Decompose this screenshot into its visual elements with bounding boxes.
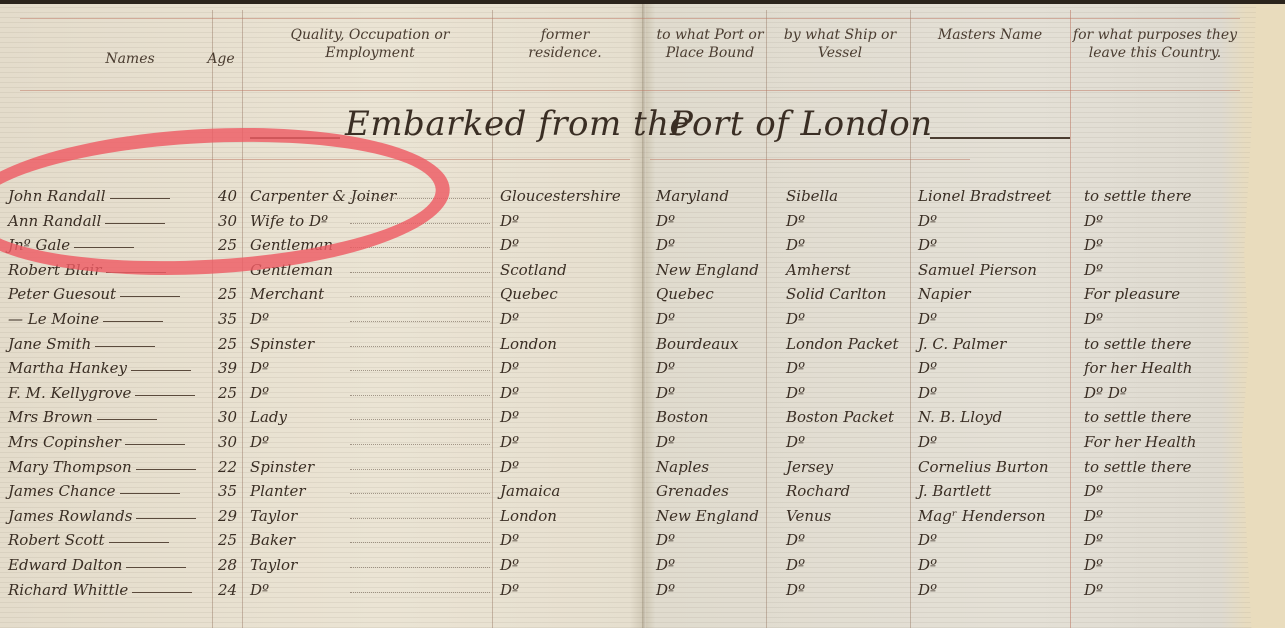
cell-destination: Bourdeaux: [656, 335, 738, 353]
table-row: James Chance 35 Planter Jamaica Grenades…: [0, 482, 1240, 504]
cell-residence: Dº: [500, 556, 519, 574]
cell-master: Dº: [918, 212, 937, 230]
cell-residence: Dº: [500, 359, 519, 377]
cell-master: Dº: [918, 236, 937, 254]
cell-master: J. Bartlett: [918, 482, 991, 500]
cell-occupation: Dº: [250, 581, 269, 599]
cell-residence: Jamaica: [500, 482, 560, 500]
cell-occupation: Wife to Dº: [250, 212, 328, 230]
cell-name: Robert Scott: [8, 531, 169, 549]
cell-residence: Dº: [500, 310, 519, 328]
cell-age: 35: [218, 310, 237, 328]
cell-name: Richard Whittle: [8, 581, 192, 599]
cell-occupation: Baker: [250, 531, 295, 549]
cell-residence: Gloucestershire: [500, 187, 621, 205]
page-edge: [1237, 4, 1285, 628]
cell-name: James Rowlands: [8, 507, 196, 525]
cell-residence: Scotland: [500, 261, 567, 279]
cell-destination: Dº: [656, 581, 675, 599]
dotted-leader: [350, 321, 490, 322]
cell-name: Ann Randall: [8, 212, 165, 230]
cell-master: Dº: [918, 359, 937, 377]
cell-destination: Dº: [656, 531, 675, 549]
cell-ship: Dº: [786, 384, 805, 402]
dotted-leader: [350, 592, 490, 593]
header-purpose: for what purposes they leave this Countr…: [1060, 26, 1250, 62]
table-row: John Randall 40 Carpenter & Joiner Glouc…: [0, 187, 1240, 209]
dotted-leader: [350, 469, 490, 470]
dotted-leader: [350, 370, 490, 371]
table-row: Robert Blair Gentleman Scotland New Engl…: [0, 261, 1240, 283]
cell-age: 25: [218, 285, 237, 303]
cell-age: 25: [218, 335, 237, 353]
header-residence: former residence.: [510, 26, 620, 62]
cell-purpose: For her Health: [1084, 433, 1196, 451]
cell-ship: Boston Packet: [786, 408, 894, 426]
header-destination: to what Port or Place Bound: [650, 26, 770, 62]
cell-age: 30: [218, 433, 237, 451]
cell-occupation: Merchant: [250, 285, 324, 303]
cell-purpose: Dº: [1084, 556, 1103, 574]
cell-residence: Dº: [500, 236, 519, 254]
cell-name: — Le Moine: [8, 310, 163, 328]
cell-destination: Dº: [656, 556, 675, 574]
cell-ship: Dº: [786, 310, 805, 328]
cell-occupation: Dº: [250, 310, 269, 328]
cell-age: 25: [218, 236, 237, 254]
cell-ship: Venus: [786, 507, 831, 525]
dotted-leader: [350, 518, 490, 519]
cell-name: Edward Dalton: [8, 556, 186, 574]
cell-name: Mrs Brown: [8, 408, 157, 426]
dotted-leader: [350, 419, 490, 420]
cell-ship: Dº: [786, 433, 805, 451]
table-row: Mrs Brown 30 Lady Dº Boston Boston Packe…: [0, 408, 1240, 430]
cell-residence: London: [500, 507, 557, 525]
table-row: Jnº Gale 25 Gentleman Dº Dº Dº Dº Dº: [0, 236, 1240, 258]
cell-age: 30: [218, 212, 237, 230]
table-row: Robert Scott 25 Baker Dº Dº Dº Dº Dº: [0, 531, 1240, 553]
cell-destination: Dº: [656, 212, 675, 230]
cell-destination: New England: [656, 261, 759, 279]
table-row: Mary Thompson 22 Spinster Dº Naples Jers…: [0, 458, 1240, 480]
dotted-leader: [350, 198, 490, 199]
cell-destination: Dº: [656, 236, 675, 254]
cell-destination: Naples: [656, 458, 709, 476]
cell-master: Dº: [918, 581, 937, 599]
cell-destination: Grenades: [656, 482, 729, 500]
cell-purpose: Dº: [1084, 310, 1103, 328]
cell-occupation: Spinster: [250, 335, 314, 353]
cell-residence: Dº: [500, 384, 519, 402]
cell-purpose: Dº: [1084, 507, 1103, 525]
cell-purpose: Dº: [1084, 581, 1103, 599]
cell-ship: Dº: [786, 236, 805, 254]
cell-name: Mrs Copinsher: [8, 433, 185, 451]
cell-master: N. B. Lloyd: [918, 408, 1002, 426]
title-underline: [30, 159, 630, 160]
cell-ship: Rochard: [786, 482, 850, 500]
cell-ship: Sibella: [786, 187, 838, 205]
dotted-leader: [350, 542, 490, 543]
cell-residence: London: [500, 335, 557, 353]
dotted-leader: [350, 272, 490, 273]
cell-ship: Jersey: [786, 458, 833, 476]
dotted-leader: [350, 493, 490, 494]
title-underline: [650, 159, 970, 160]
cell-purpose: Dº Dº: [1084, 384, 1127, 402]
cell-name: Robert Blair: [8, 261, 166, 279]
title-port: Port of London: [670, 104, 933, 144]
title-dash: [250, 137, 340, 139]
table-row: — Le Moine 35 Dº Dº Dº Dº Dº Dº: [0, 310, 1240, 332]
cell-purpose: Dº: [1084, 212, 1103, 230]
cell-residence: Dº: [500, 458, 519, 476]
cell-residence: Dº: [500, 581, 519, 599]
cell-ship: Dº: [786, 359, 805, 377]
cell-name: Jnº Gale: [8, 236, 134, 254]
title-dash: [930, 137, 1070, 139]
dotted-leader: [350, 567, 490, 568]
cell-destination: Dº: [656, 433, 675, 451]
dotted-leader: [350, 296, 490, 297]
cell-age: 29: [218, 507, 237, 525]
cell-residence: Quebec: [500, 285, 558, 303]
cell-destination: Quebec: [656, 285, 714, 303]
cell-master: Dº: [918, 556, 937, 574]
cell-name: Peter Guesout: [8, 285, 180, 303]
cell-name: F. M. Kellygrove: [8, 384, 195, 402]
cell-destination: Dº: [656, 359, 675, 377]
cell-occupation: Lady: [250, 408, 287, 426]
cell-name: Martha Hankey: [8, 359, 191, 377]
cell-occupation: Gentleman: [250, 261, 333, 279]
table-row: James Rowlands 29 Taylor London New Engl…: [0, 507, 1240, 529]
cell-age: 40: [218, 187, 237, 205]
cell-purpose: to settle there: [1084, 335, 1192, 353]
header-bottom-rule: [20, 90, 1240, 91]
cell-destination: Dº: [656, 310, 675, 328]
cell-master: J. C. Palmer: [918, 335, 1006, 353]
header-ship: by what Ship or Vessel: [780, 26, 900, 62]
cell-occupation: Taylor: [250, 507, 297, 525]
cell-master: Lionel Bradstreet: [918, 187, 1051, 205]
cell-occupation: Dº: [250, 433, 269, 451]
table-row: Richard Whittle 24 Dº Dº Dº Dº Dº Dº: [0, 581, 1240, 603]
header-top-rule: [20, 18, 1240, 19]
cell-ship: Dº: [786, 531, 805, 549]
cell-ship: Dº: [786, 581, 805, 599]
header-occupation: Quality, Occupation or Employment: [270, 26, 470, 62]
cell-occupation: Gentleman: [250, 236, 333, 254]
cell-purpose: Dº: [1084, 482, 1103, 500]
cell-age: 25: [218, 531, 237, 549]
table-row: Peter Guesout 25 Merchant Quebec Quebec …: [0, 285, 1240, 307]
cell-ship: Dº: [786, 212, 805, 230]
header-master: Masters Name: [935, 26, 1045, 44]
cell-name: John Randall: [8, 187, 170, 205]
table-row: Ann Randall 30 Wife to Dº Dº Dº Dº Dº Dº: [0, 212, 1240, 234]
cell-purpose: to settle there: [1084, 458, 1192, 476]
cell-age: 30: [218, 408, 237, 426]
table-row: Jane Smith 25 Spinster London Bourdeaux …: [0, 335, 1240, 357]
cell-destination: New England: [656, 507, 759, 525]
table-row: Mrs Copinsher 30 Dº Dº Dº Dº Dº For her …: [0, 433, 1240, 455]
cell-residence: Dº: [500, 408, 519, 426]
cell-occupation: Planter: [250, 482, 306, 500]
cell-master: Cornelius Burton: [918, 458, 1049, 476]
cell-master: Samuel Pierson: [918, 261, 1037, 279]
header-names: Names: [60, 50, 200, 68]
cell-occupation: Spinster: [250, 458, 314, 476]
cell-ship: Solid Carlton: [786, 285, 886, 303]
dotted-leader: [350, 247, 490, 248]
cell-destination: Boston: [656, 408, 708, 426]
cell-purpose: For pleasure: [1084, 285, 1180, 303]
cell-age: 22: [218, 458, 237, 476]
table-row: F. M. Kellygrove 25 Dº Dº Dº Dº Dº Dº Dº: [0, 384, 1240, 406]
cell-age: 28: [218, 556, 237, 574]
cell-purpose: Dº: [1084, 531, 1103, 549]
table-row: Martha Hankey 39 Dº Dº Dº Dº Dº for her …: [0, 359, 1240, 381]
cell-age: 24: [218, 581, 237, 599]
cell-ship: Dº: [786, 556, 805, 574]
ledger-scan: Names Age Quality, Occupation or Employm…: [0, 4, 1285, 628]
cell-name: James Chance: [8, 482, 180, 500]
table-row: Edward Dalton 28 Taylor Dº Dº Dº Dº Dº: [0, 556, 1240, 578]
header-age: Age: [196, 50, 246, 68]
cell-purpose: for her Health: [1084, 359, 1192, 377]
cell-occupation: Dº: [250, 384, 269, 402]
cell-residence: Dº: [500, 433, 519, 451]
cell-master: Magʳ Henderson: [918, 507, 1046, 525]
cell-destination: Maryland: [656, 187, 729, 205]
cell-name: Jane Smith: [8, 335, 155, 353]
cell-residence: Dº: [500, 212, 519, 230]
cell-master: Dº: [918, 433, 937, 451]
title-embarked: Embarked from the: [345, 104, 690, 144]
cell-purpose: to settle there: [1084, 187, 1192, 205]
cell-age: 39: [218, 359, 237, 377]
cell-purpose: Dº: [1084, 261, 1103, 279]
dotted-leader: [350, 346, 490, 347]
cell-purpose: to settle there: [1084, 408, 1192, 426]
cell-ship: Amherst: [786, 261, 851, 279]
cell-master: Dº: [918, 384, 937, 402]
cell-master: Dº: [918, 531, 937, 549]
dotted-leader: [350, 395, 490, 396]
cell-occupation: Carpenter & Joiner: [250, 187, 396, 205]
cell-residence: Dº: [500, 531, 519, 549]
cell-occupation: Taylor: [250, 556, 297, 574]
cell-purpose: Dº: [1084, 236, 1103, 254]
cell-ship: London Packet: [786, 335, 898, 353]
cell-master: Napier: [918, 285, 971, 303]
cell-occupation: Dº: [250, 359, 269, 377]
cell-age: 25: [218, 384, 237, 402]
cell-master: Dº: [918, 310, 937, 328]
dotted-leader: [350, 444, 490, 445]
dotted-leader: [350, 223, 490, 224]
cell-age: 35: [218, 482, 237, 500]
cell-destination: Dº: [656, 384, 675, 402]
cell-name: Mary Thompson: [8, 458, 196, 476]
